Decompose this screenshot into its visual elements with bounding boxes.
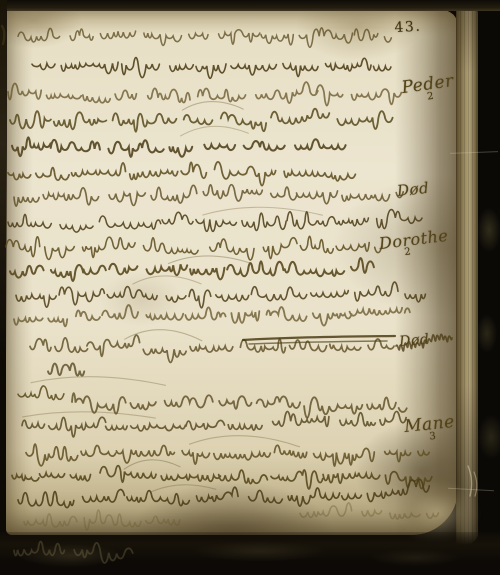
dark-background-left: [0, 0, 7, 360]
book-fore-edge: [456, 8, 480, 546]
margin-note-dod-2: Død: [399, 331, 430, 350]
dark-background-bottom: [0, 532, 500, 575]
margin-note-dod-1: Død: [396, 179, 430, 200]
margin-note-mane: Mane3: [403, 412, 456, 443]
dark-background-top: [0, 0, 500, 11]
manuscript-page: [6, 10, 458, 535]
manuscript-scan: 43. Peder2DødDorothe2DødMane3: [0, 0, 500, 575]
page-number: 43.: [394, 19, 422, 36]
